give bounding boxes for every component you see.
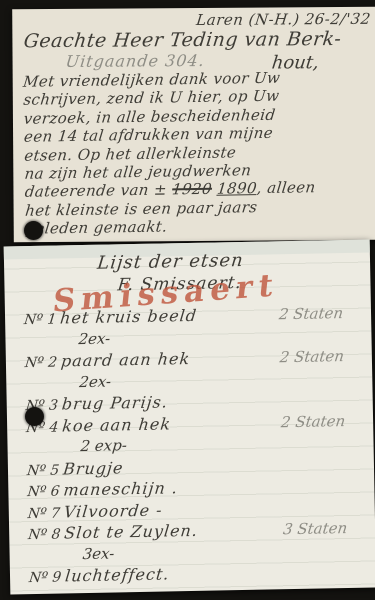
- after-year-text: , alleen: [256, 179, 317, 198]
- item-title: het kruis beeld: [59, 306, 198, 328]
- letter-dateline: Laren (N-H.) 26-2/'32: [195, 10, 371, 29]
- hole-punch: [24, 221, 43, 240]
- item-title: brug Parijs.: [61, 392, 169, 413]
- item-title: luchteffect.: [64, 564, 170, 585]
- letter-body-line: geleden gemaakt.: [25, 214, 375, 238]
- item-states-pencil: 2 Staten: [278, 304, 344, 323]
- struck-out-year: 1920: [171, 180, 213, 199]
- handwritten-letter-sheet: Laren (N-H.) 26-2/'32 Geachte Heer Tedin…: [12, 7, 375, 243]
- item-states-pencil: 3 Staten: [282, 519, 348, 538]
- item-number: Nº 9: [10, 569, 66, 586]
- letter-body-line: dateerende van ±: [24, 181, 168, 201]
- hole-punch: [25, 407, 44, 426]
- item-number: Nº 7: [9, 505, 65, 522]
- item-title: koe aan hek: [61, 414, 172, 435]
- item-states-pencil: 2 Staten: [280, 412, 346, 431]
- item-title: Slot te Zuylen.: [63, 521, 199, 543]
- item-number: Nº 5: [8, 462, 64, 479]
- item-number: Nº 1: [5, 311, 61, 328]
- etching-list: Nº 1 het kruis beeld 2 Staten 2ex- Nº 2 …: [5, 303, 375, 589]
- item-copies: 2ex-: [78, 372, 112, 391]
- item-copies: 3ex-: [82, 544, 116, 563]
- etching-list-sheet: Lijst der etsen F. Smissaert. Smissaert …: [4, 240, 375, 595]
- archival-note-pencil: Uitgaande 304.: [65, 51, 206, 71]
- item-title: Vilvoorde -: [63, 500, 164, 521]
- item-title: Brugje: [62, 458, 124, 478]
- item-number: Nº 6: [9, 483, 65, 500]
- letter-body: Met vriendelijken dank voor Uw schrijven…: [22, 67, 375, 238]
- letter-salutation: Geachte Heer Teding van Berk-: [22, 28, 342, 52]
- photograph-background: { "colors": { "background": "#141310", "…: [0, 0, 375, 600]
- item-number: Nº 2: [6, 354, 62, 371]
- item-states-pencil: 2 Staten: [279, 347, 345, 366]
- underlined-year: 1890: [216, 180, 258, 199]
- item-title: paard aan hek: [60, 349, 191, 371]
- item-title: maneschijn .: [63, 478, 179, 499]
- item-copies: 2 exp-: [80, 436, 128, 455]
- item-number: Nº 8: [9, 526, 65, 543]
- item-copies: 2ex-: [78, 329, 112, 348]
